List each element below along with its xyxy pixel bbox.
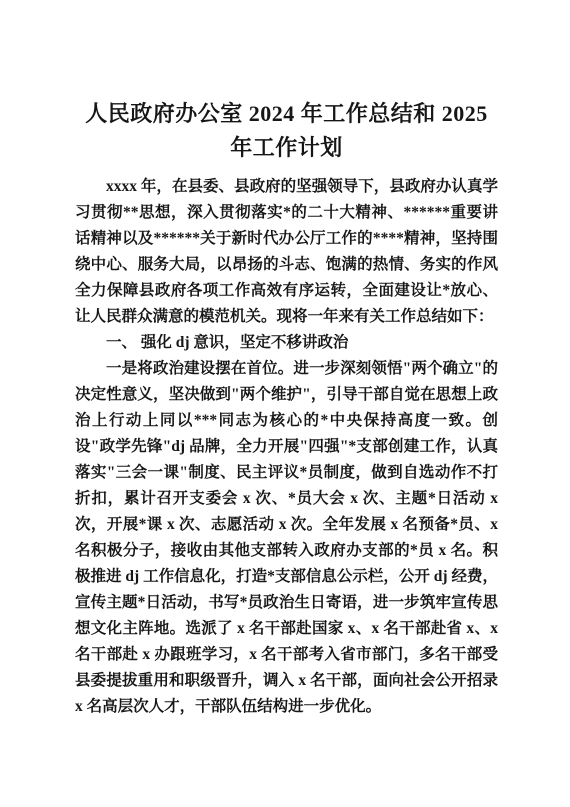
- section-heading-1: 一、 强化 dj 意识，坚定不移讲政治: [75, 330, 498, 356]
- paragraph-intro: xxxx 年，在县委、县政府的坚强领导下，县政府办认真学习贯彻**思想，深入贯彻…: [75, 174, 498, 330]
- paragraph-section-1-body: 一是将政治建设摆在首位。进一步深刻领悟"两个确立"的决定性意义，坚决做到"两个维…: [75, 356, 498, 720]
- document-title: 人民政府办公室 2024 年工作总结和 2025 年工作计划: [75, 97, 498, 165]
- document-page: 人民政府办公室 2024 年工作总结和 2025 年工作计划 xxxx 年，在县…: [0, 0, 570, 807]
